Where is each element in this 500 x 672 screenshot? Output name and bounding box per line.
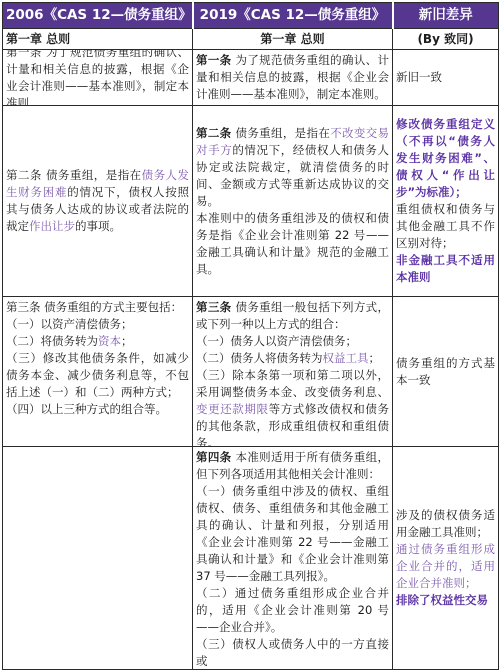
cell-article-2-diff: 修改债务重组定义（不再以“债务人发生财务困难”、债权人“作出让步”为标准）； 重… <box>393 106 499 297</box>
cell-article-3-2019: 第三条 债务重组一般包括下列方式，或下列一种以上方式的组合： （一）债务人以资产… <box>193 297 393 447</box>
table-row-article-3: 第三条 债务重组的方式主要包括： （一）以资产清偿债务； （二）将债务转为资本；… <box>3 297 499 447</box>
article-3-2006-text: 第三条 债务重组的方式主要包括： （一）以资产清偿债务； （二）将债务转为资本；… <box>6 299 189 418</box>
chapter-cell-2019: 第一章 总则 <box>193 29 393 50</box>
article-1-2006-text: 第一条 为了规范债务重组的确认、计量和相关信息的披露，根据《企业会计准则——基本… <box>6 50 189 105</box>
table-header-row: 2006《CAS 12—债务重组》 2019《CAS 12—债务重组》 新旧差异 <box>3 3 499 29</box>
cell-article-2-2006: 第二条 债务重组，是指在债务人发生财务困难的情况下，债权人按照其与债务人达成的协… <box>3 106 193 297</box>
cell-article-1-diff: 新旧一致 <box>393 50 499 106</box>
header-2019-title: 2019《CAS 12—债务重组》 <box>197 7 389 24</box>
article-4-2019-text: 第四条 本准则适用于所有债务重组，但下列各项适用其他相关会计准则： （一）债务重… <box>196 449 389 669</box>
cell-article-4-2019: 第四条 本准则适用于所有债务重组，但下列各项适用其他相关会计准则： （一）债务重… <box>193 447 393 670</box>
byline-label: (By 致同) <box>396 31 495 48</box>
chapter-cell-2006: 第一章 总则 <box>3 29 193 50</box>
cell-article-3-2006: 第三条 债务重组的方式主要包括： （一）以资产清偿债务； （二）将债务转为资本；… <box>3 297 193 447</box>
cell-article-3-diff: 债务重组的方式基本一致 <box>393 297 499 447</box>
chapter-2006-label: 第一章 总则 <box>6 31 189 48</box>
header-cell-2019: 2019《CAS 12—债务重组》 <box>193 3 393 29</box>
article-4-diff-text: 涉及的债权债务适用金融工具准则； 通过债务重组形成企业合并的，适用企业合并准则；… <box>396 507 495 609</box>
chapter-row: 第一章 总则 第一章 总则 (By 致同) <box>3 29 499 50</box>
article-1-2019-text: 第一条 为了规范债务重组的确认、计量和相关信息的披露，根据《企业会计准则——基本… <box>196 52 389 103</box>
comparison-table: 2006《CAS 12—债务重组》 2019《CAS 12—债务重组》 新旧差异… <box>2 2 499 670</box>
byline-cell: (By 致同) <box>393 29 499 50</box>
header-2006-title: 2006《CAS 12—债务重组》 <box>6 7 189 24</box>
header-diff-title: 新旧差异 <box>397 7 496 24</box>
cell-article-2-2019: 第二条 债务重组，是指在不改变交易对手方的情况下，经债权人和债务人协定或法院裁定… <box>193 106 393 297</box>
article-2-2006-text: 第二条 债务重组，是指在债务人发生财务困难的情况下，债权人按照其与债务人达成的协… <box>6 167 189 235</box>
article-1-diff-text: 新旧一致 <box>396 69 495 86</box>
table-row-article-1: 第一条 为了规范债务重组的确认、计量和相关信息的披露，根据《企业会计准则——基本… <box>3 50 499 106</box>
cell-article-4-2006 <box>3 447 193 670</box>
cell-article-1-2019: 第一条 为了规范债务重组的确认、计量和相关信息的披露，根据《企业会计准则——基本… <box>193 50 393 106</box>
document-page: 2006《CAS 12—债务重组》 2019《CAS 12—债务重组》 新旧差异… <box>0 0 500 672</box>
article-3-2019-text: 第三条 债务重组一般包括下列方式，或下列一种以上方式的组合： （一）债务人以资产… <box>196 299 389 446</box>
article-3-diff-text: 债务重组的方式基本一致 <box>396 355 495 389</box>
chapter-2019-label: 第一章 总则 <box>196 31 389 48</box>
table-row-article-2: 第二条 债务重组，是指在债务人发生财务困难的情况下，债权人按照其与债务人达成的协… <box>3 106 499 297</box>
table-row-article-4: 第四条 本准则适用于所有债务重组，但下列各项适用其他相关会计准则： （一）债务重… <box>3 447 499 670</box>
article-2-2019-text: 第二条 债务重组，是指在不改变交易对手方的情况下，经债权人和债务人协定或法院裁定… <box>196 125 389 278</box>
article-2-diff-text: 修改债务重组定义（不再以“债务人发生财务困难”、债权人“作出让步”为标准）； 重… <box>396 116 495 286</box>
cell-article-1-2006: 第一条 为了规范债务重组的确认、计量和相关信息的披露，根据《企业会计准则——基本… <box>3 50 193 106</box>
cell-article-4-diff: 涉及的债权债务适用金融工具准则； 通过债务重组形成企业合并的，适用企业合并准则；… <box>393 447 499 670</box>
header-cell-diff: 新旧差异 <box>393 3 499 29</box>
header-cell-2006: 2006《CAS 12—债务重组》 <box>3 3 193 29</box>
